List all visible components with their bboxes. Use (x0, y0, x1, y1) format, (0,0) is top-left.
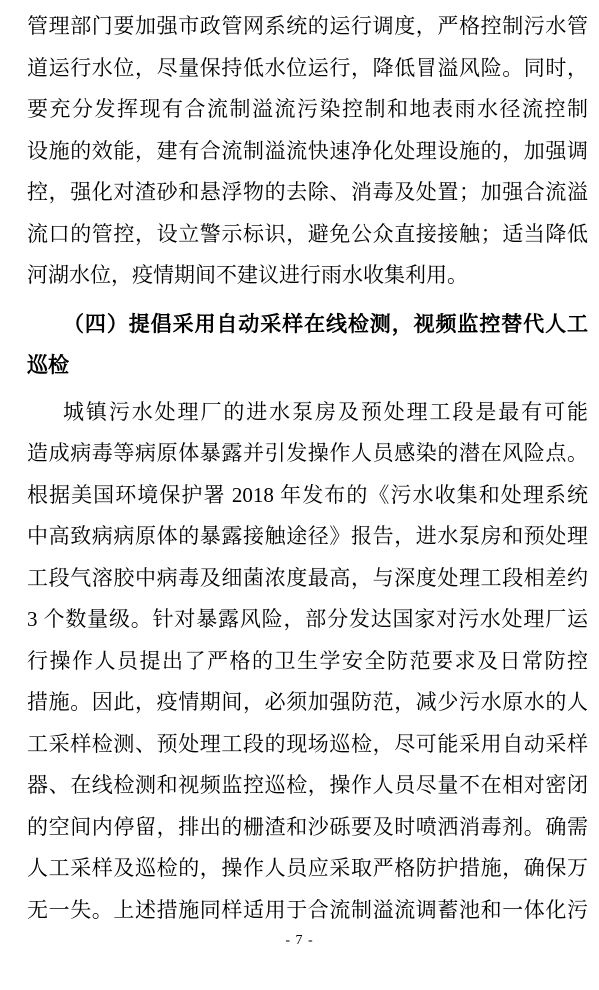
text-line: 的空间内停留，排出的栅渣和沙砾要及时喷洒消毒剂。确需 (27, 807, 588, 849)
text-line: 人工采样及巡检的，操作人员应采取严格防护措施，确保万 (27, 848, 588, 890)
text-line: 工段气溶胶中病毒及细菌浓度最高，与深度处理工段相差约 (27, 558, 588, 600)
text-line: 工采样检测、预处理工段的现场巡检，尽可能采用自动采样 (27, 724, 588, 766)
page-body: 管理部门要加强市政管网系统的运行调度，严格控制污水管 道运行水位，尽量保持低水位… (27, 6, 588, 931)
text-line: 无一失。上述措施同样适用于合流制溢流调蓄池和一体化污 (27, 890, 588, 932)
text-line: 管理部门要加强市政管网系统的运行调度，严格控制污水管 (27, 6, 588, 48)
text-line: 3 个数量级。针对暴露风险，部分发达国家对污水处理厂运 (27, 599, 588, 641)
text-line: 要充分发挥现有合流制溢流污染控制和地表雨水径流控制 (27, 89, 588, 131)
text-line: 措施。因此，疫情期间，必须加强防范，减少污水原水的人 (27, 682, 588, 724)
text-line: 河湖水位，疫情期间不建议进行雨水收集利用。 (27, 255, 588, 297)
page-number: - 7 - (0, 933, 599, 949)
text-line: 控，强化对渣砂和悬浮物的去除、消毒及处置；加强合流溢 (27, 172, 588, 214)
paragraph-body: 城镇污水处理厂的进水泵房及预处理工段是最有可能 造成病毒等病原体暴露并引发操作人… (27, 392, 588, 932)
heading-line: 巡检 (27, 345, 588, 387)
text-line: 城镇污水处理厂的进水泵房及预处理工段是最有可能 (27, 392, 588, 434)
text-line: 中高致病病原体的暴露接触途径》报告，进水泵房和预处理 (27, 516, 588, 558)
text-line: 根据美国环境保护署 2018 年发布的《污水收集和处理系统 (27, 475, 588, 517)
section-heading: （四）提倡采用自动采样在线检测，视频监控替代人工 巡检 (27, 304, 588, 387)
text-line: 道运行水位，尽量保持低水位运行，降低冒溢风险。同时， (27, 48, 588, 90)
text-line: 器、在线检测和视频监控巡检，操作人员尽量不在相对密闭 (27, 765, 588, 807)
heading-line: （四）提倡采用自动采样在线检测，视频监控替代人工 (27, 304, 588, 346)
text-line: 造成病毒等病原体暴露并引发操作人员感染的潜在风险点。 (27, 433, 588, 475)
document-page: 管理部门要加强市政管网系统的运行调度，严格控制污水管 道运行水位，尽量保持低水位… (0, 0, 599, 990)
text-line: 流口的管控，设立警示标识，避免公众直接接触；适当降低 (27, 214, 588, 256)
text-line: 设施的效能，建有合流制溢流快速净化处理设施的，加强调 (27, 131, 588, 173)
text-line: 行操作人员提出了严格的卫生学安全防范要求及日常防控 (27, 641, 588, 683)
paragraph-continued: 管理部门要加强市政管网系统的运行调度，严格控制污水管 道运行水位，尽量保持低水位… (27, 6, 588, 297)
